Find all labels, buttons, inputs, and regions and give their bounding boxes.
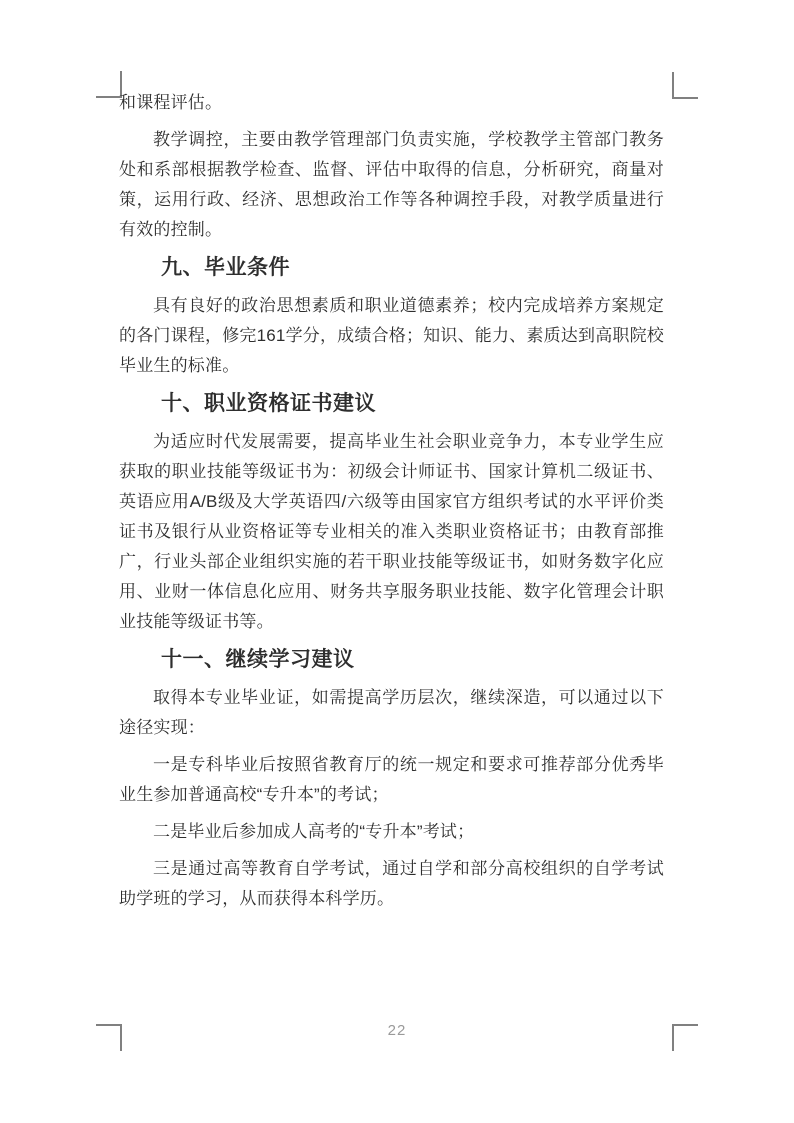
section-heading-continuing-study: 十一、继续学习建议: [119, 645, 664, 675]
page-number: 22: [0, 1022, 794, 1039]
paragraph-continuation: 和课程评估。: [119, 88, 664, 118]
crop-mark-top-right: [672, 72, 698, 99]
document-page: 和课程评估。 教学调控，主要由教学管理部门负责实施，学校教学主管部门教务处和系部…: [0, 0, 794, 1123]
paragraph-teaching-regulation: 教学调控，主要由教学管理部门负责实施，学校教学主管部门教务处和系部根据教学检查、…: [119, 125, 664, 245]
paragraph-continuing-study-intro: 取得本专业毕业证，如需提高学历层次，继续深造，可以通过以下途径实现：: [119, 683, 664, 743]
paragraph-graduation-requirements: 具有良好的政治思想素质和职业道德素养；校内完成培养方案规定的各门课程，修完161…: [119, 291, 664, 381]
section-heading-certificate-suggestions: 十、职业资格证书建议: [119, 389, 664, 419]
paragraph-certificate-suggestions: 为适应时代发展需要，提高毕业生社会职业竞争力，本专业学生应获取的职业技能等级证书…: [119, 427, 664, 637]
document-body: 和课程评估。 教学调控，主要由教学管理部门负责实施，学校教学主管部门教务处和系部…: [119, 88, 664, 921]
paragraph-pathway-three: 三是通过高等教育自学考试，通过自学和部分高校组织的自学考试助学班的学习，从而获得…: [119, 854, 664, 914]
paragraph-pathway-two: 二是毕业后参加成人高考的“专升本”考试；: [119, 817, 664, 847]
paragraph-pathway-one: 一是专科毕业后按照省教育厅的统一规定和要求可推荐部分优秀毕业生参加普通高校“专升…: [119, 750, 664, 810]
section-heading-graduation-requirements: 九、毕业条件: [119, 253, 664, 283]
